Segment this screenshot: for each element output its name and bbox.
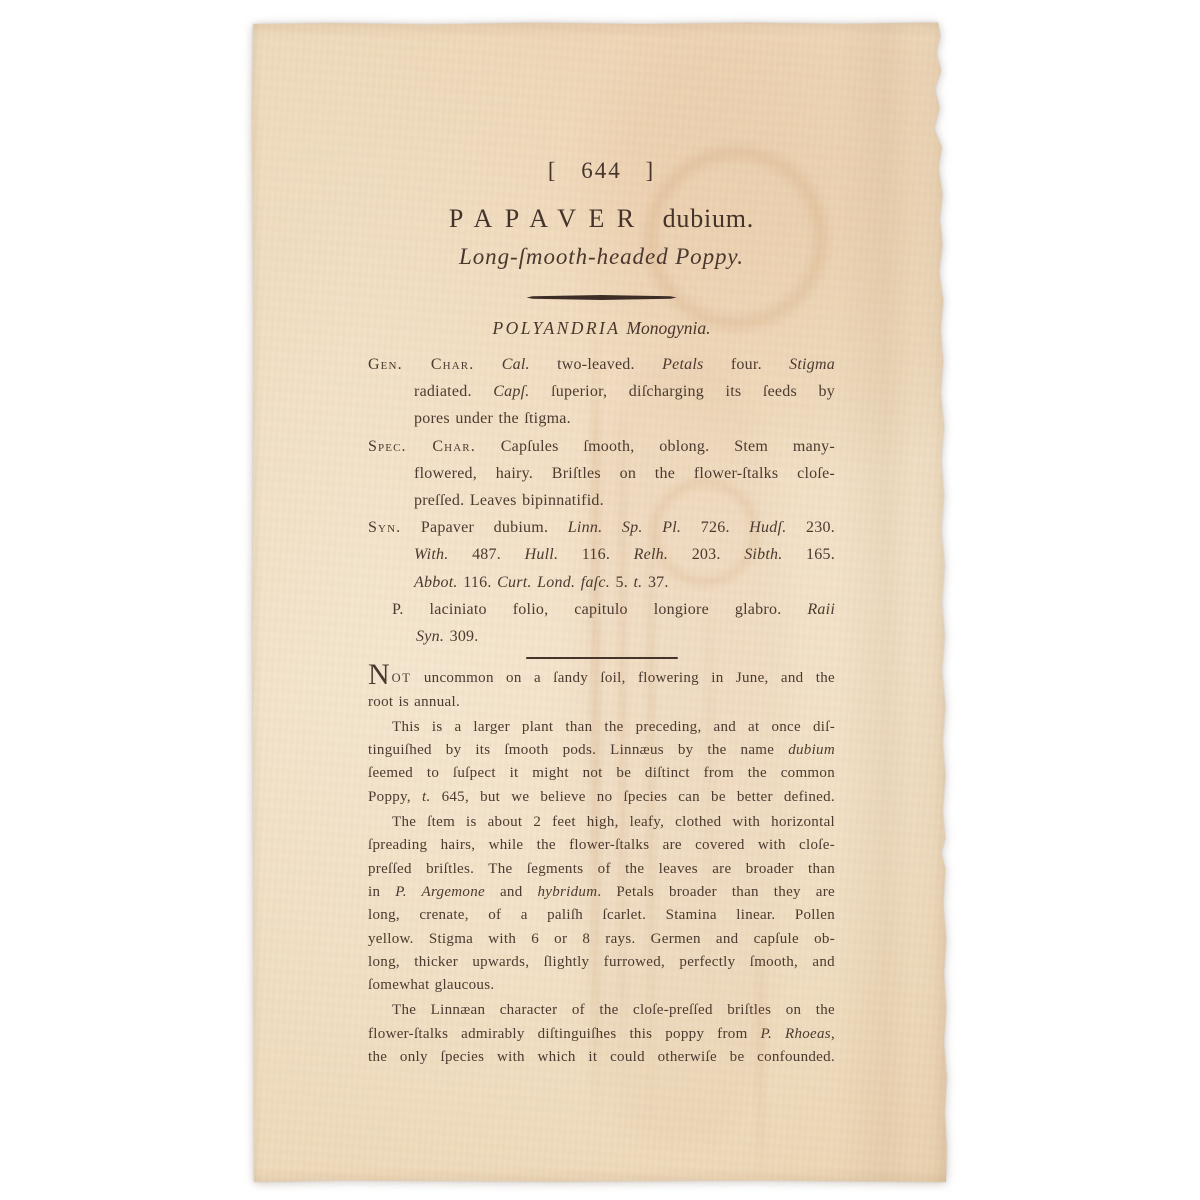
- text-line: P. laciniato folio, capitulo longiore gl…: [368, 596, 835, 623]
- text-line: Spec. Char. Capſules ſmooth, oblong. Ste…: [368, 433, 835, 460]
- text-line: long, thicker upwards, ſlightly furrowed…: [368, 951, 835, 974]
- genus-name: PAPAVER: [449, 204, 647, 233]
- page-paper: [ 644 ] PAPAVERdubium. Long-ſmooth-heade…: [250, 22, 948, 1182]
- text-line: ſomewhat glaucous.: [368, 974, 835, 997]
- text-line: ſeemed to ſuſpect it might not be diſtin…: [368, 762, 835, 785]
- text-line: root is annual.: [368, 691, 835, 714]
- species-epithet: dubium.: [663, 204, 754, 233]
- text-line: long, crenate, of a paliſh ſcarlet. Stam…: [368, 904, 835, 927]
- class-name: POLYANDRIA: [492, 318, 620, 338]
- text-line: The ſtem is about 2 feet high, leafy, cl…: [368, 811, 835, 834]
- text-line: This is a larger plant than the precedin…: [368, 716, 835, 739]
- text-line: in P. Argemone and hybridum. Petals broa…: [368, 881, 835, 904]
- text-line: ſpreading hairs, while the flower-ſtalks…: [368, 834, 835, 857]
- text-line: yellow. Stigma with 6 or 8 rays. Germen …: [368, 928, 835, 951]
- scan-background: [ 644 ] PAPAVERdubium. Long-ſmooth-heade…: [0, 0, 1200, 1200]
- text-line: NOT uncommon on a ſandy ſoil, flowering …: [368, 667, 835, 690]
- book-page: [ 644 ] PAPAVERdubium. Long-ſmooth-heade…: [250, 22, 948, 1182]
- description-blocks: Gen. Char. Cal. two-leaved. Petals four.…: [368, 351, 835, 650]
- paragraph: The ſtem is about 2 feet high, leafy, cl…: [368, 811, 835, 997]
- text-line: pores under the ſtigma.: [368, 405, 835, 432]
- text-line: With. 487. Hull. 116. Relh. 203. Sibth. …: [368, 541, 835, 568]
- text-line: flowered, hairy. Briſtles on the flower-…: [368, 460, 835, 487]
- text-line: Syn. Papaver dubium. Linn. Sp. Pl. 726. …: [368, 514, 835, 541]
- text-line: Syn. 309.: [368, 623, 835, 650]
- text-line: Poppy, t. 645, but we believe no ſpecies…: [368, 786, 835, 809]
- paragraph: This is a larger plant than the precedin…: [368, 716, 835, 809]
- page-number: [ 644 ]: [368, 158, 835, 184]
- text-line: radiated. Capſ. ſuperior, diſcharging it…: [368, 378, 835, 405]
- divider-rule-mid: [526, 657, 678, 659]
- page-content: [ 644 ] PAPAVERdubium. Long-ſmooth-heade…: [368, 22, 835, 1071]
- text-line: preſſed. Leaves bipinnatifid.: [368, 487, 835, 514]
- text-line: flower-ſtalks admirably diſtinguiſhes th…: [368, 1023, 835, 1046]
- body-text: NOT uncommon on a ſandy ſoil, flowering …: [368, 667, 835, 1069]
- text-line: Gen. Char. Cal. two-leaved. Petals four.…: [368, 351, 835, 378]
- classification-line: POLYANDRIAMonogynia.: [368, 317, 835, 339]
- text-line: the only ſpecies with which it could oth…: [368, 1046, 835, 1069]
- common-name: Long-ſmooth-headed Poppy.: [368, 243, 835, 271]
- order-name: Monogynia.: [626, 318, 710, 338]
- text-line: preſſed briſtles. The ſegments of the le…: [368, 858, 835, 881]
- text-line: The Linnæan character of the cloſe-preſſ…: [368, 999, 835, 1022]
- species-title: PAPAVERdubium.: [368, 204, 835, 234]
- text-line: tinguiſhed by its ſmooth pods. Linnæus b…: [368, 739, 835, 762]
- text-line: Abbot. 116. Curt. Lond. faſc. 5. t. 37.: [368, 569, 835, 596]
- divider-rule-top: [527, 295, 677, 300]
- paragraph: NOT uncommon on a ſandy ſoil, flowering …: [368, 667, 835, 714]
- paragraph: The Linnæan character of the cloſe-preſſ…: [368, 999, 835, 1069]
